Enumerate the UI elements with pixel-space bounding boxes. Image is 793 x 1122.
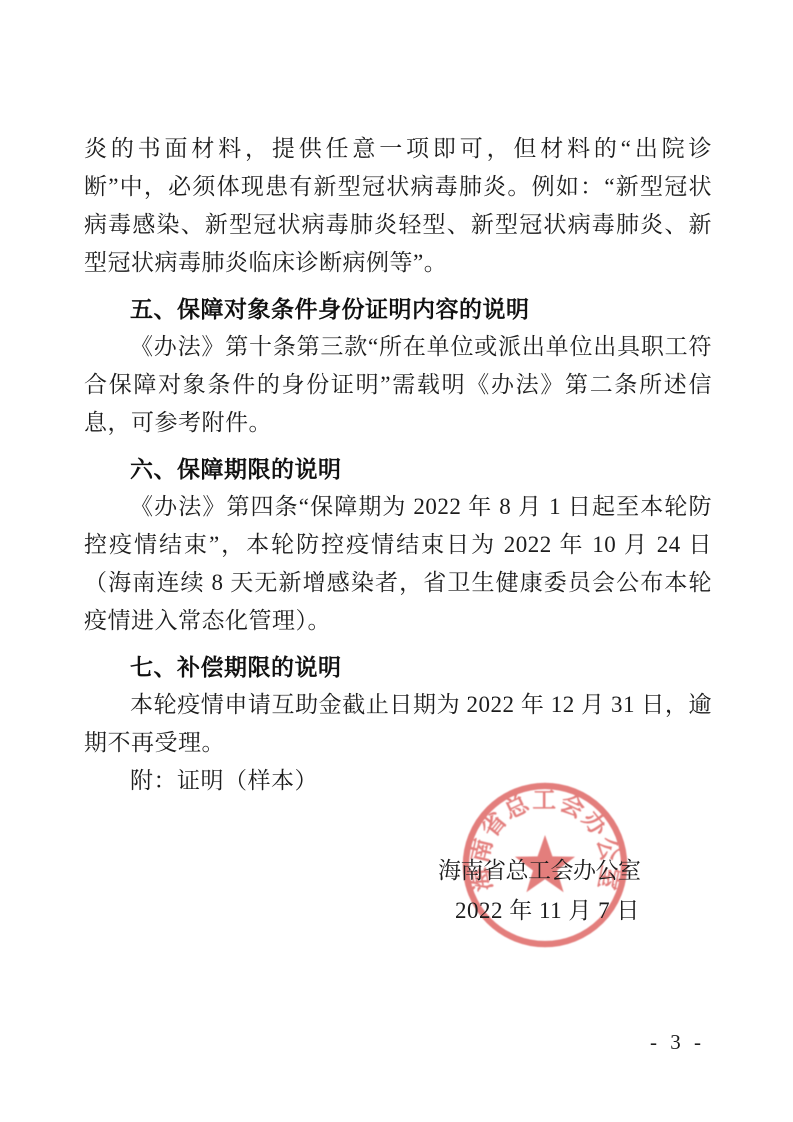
document-page: 炎的书面材料，提供任意一项即可，但材料的“出院诊断”中，必须体现患有新型冠状病毒… — [0, 0, 793, 1122]
section-7-paragraph: 本轮疫情申请互助金截止日期为 2022 年 12 月 31 日，逾期不再受理。 — [84, 686, 712, 762]
attachment-note: 附：证明（样本） — [84, 762, 712, 800]
signature-date: 2022 年 11 月 7 日 — [455, 892, 640, 925]
document-body: 炎的书面材料，提供任意一项即可，但材料的“出院诊断”中，必须体现患有新型冠状病毒… — [84, 130, 712, 800]
section-heading-5: 五、保障对象条件身份证明内容的说明 — [84, 290, 712, 328]
section-heading-7: 七、补偿期限的说明 — [84, 648, 712, 686]
section-5-paragraph: 《办法》第十条第三款“所在单位或派出单位出具职工符合保障对象条件的身份证明”需载… — [84, 328, 712, 442]
page-number: - 3 - — [650, 1030, 705, 1055]
official-seal-stamp: 海南省总工会办公室 — [458, 778, 632, 952]
section-heading-6: 六、保障期限的说明 — [84, 450, 712, 488]
seal-ring — [466, 786, 624, 944]
svg-text:海南省总工会办公室: 海南省总工会办公室 — [465, 788, 624, 894]
seal-text: 海南省总工会办公室 — [465, 788, 624, 894]
star-icon — [515, 835, 575, 892]
paragraph-continuation: 炎的书面材料，提供任意一项即可，但材料的“出院诊断”中，必须体现患有新型冠状病毒… — [84, 130, 712, 282]
signature-organization: 海南省总工会办公室 — [438, 852, 641, 885]
section-6-paragraph: 《办法》第四条“保障期为 2022 年 8 月 1 日起至本轮防控疫情结束”，本… — [84, 488, 712, 640]
